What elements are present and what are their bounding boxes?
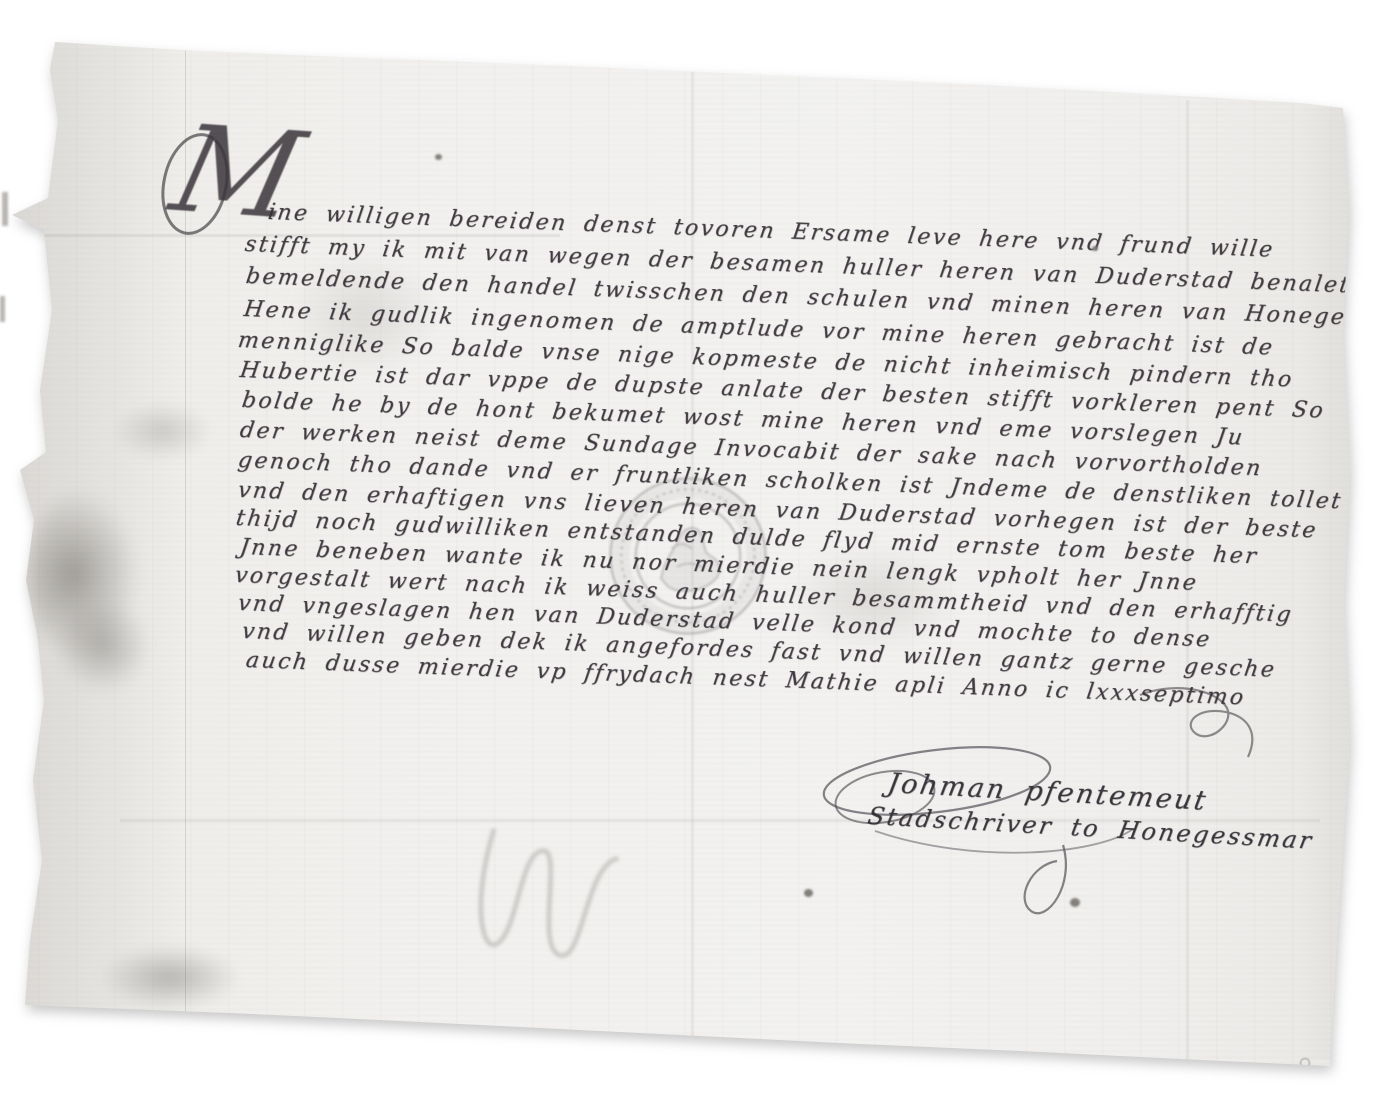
right-edge-shading: [1298, 100, 1358, 1060]
ink-speck: [1070, 898, 1080, 907]
paper-sheet: M ine willigen bereiden denst tovoren Er…: [0, 0, 1376, 1110]
ink-speck: [1092, 246, 1098, 251]
paper-stain: [112, 402, 212, 460]
paper-shadow-wrap: M ine willigen bereiden denst tovoren Er…: [0, 0, 1376, 1110]
ink-stain: [55, 598, 150, 693]
showthrough-ghost-writing: [447, 786, 693, 1015]
paper-stain: [100, 945, 240, 1010]
ink-speck: [804, 889, 813, 897]
corner-mark: [1300, 1058, 1310, 1068]
scanned-letter-page: M ine willigen bereiden denst tovoren Er…: [0, 0, 1376, 1110]
ink-speck: [435, 154, 442, 160]
